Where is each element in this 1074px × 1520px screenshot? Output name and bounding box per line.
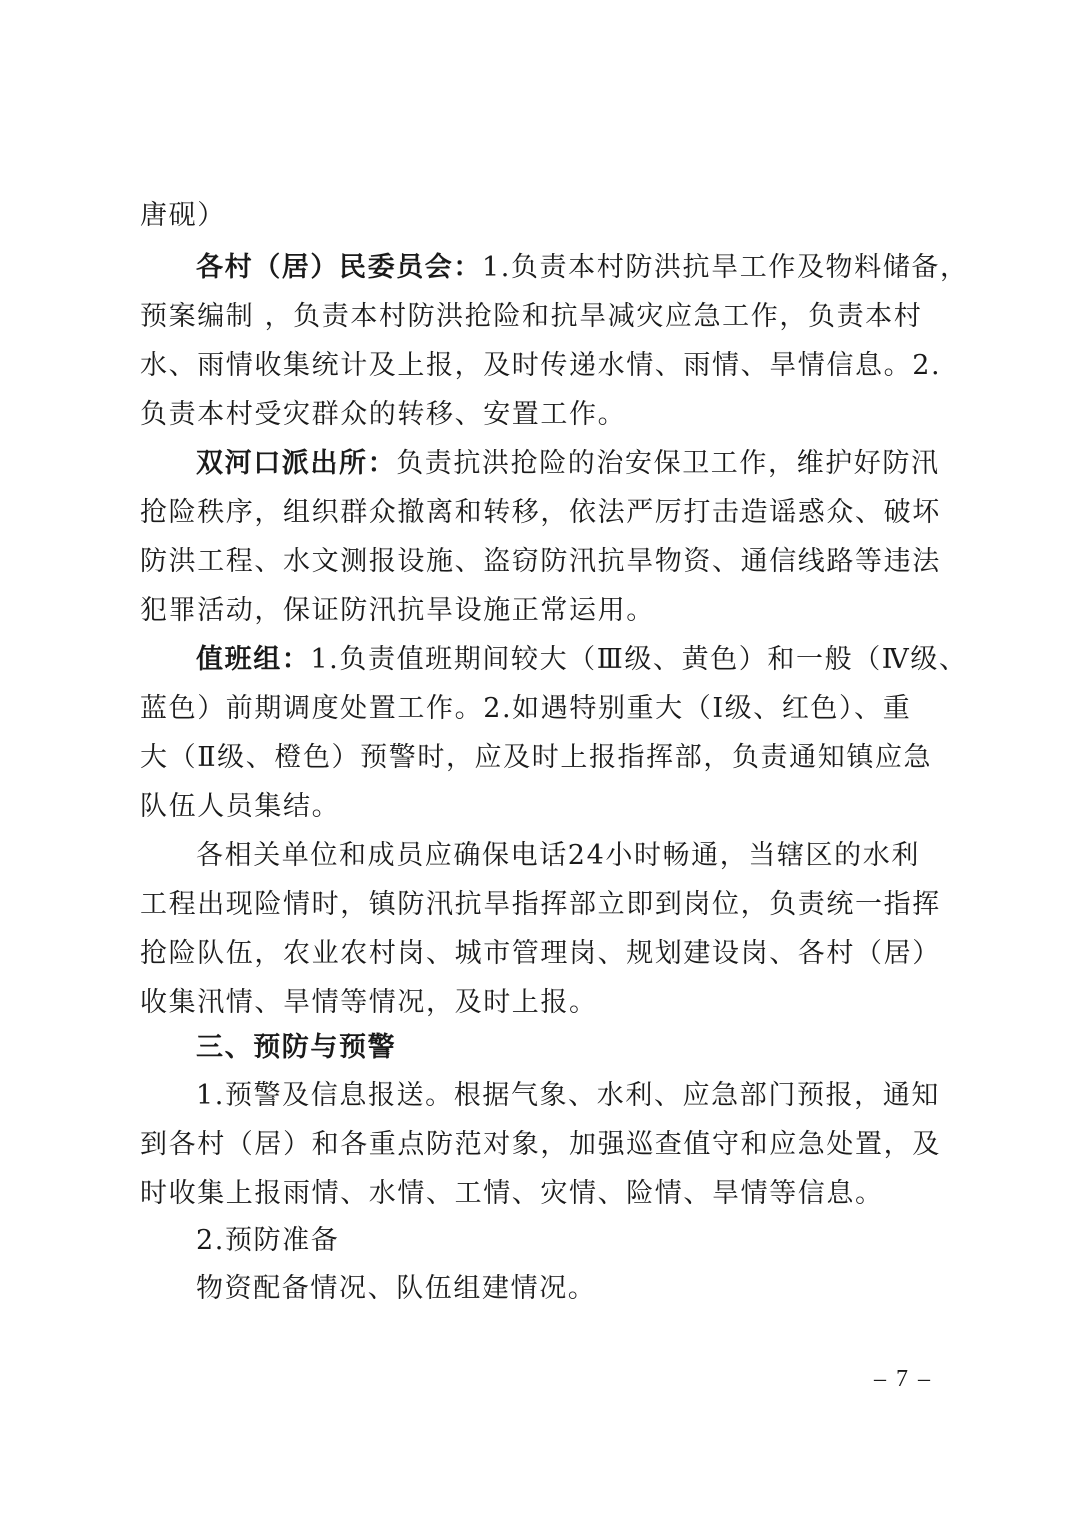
text-line: 物资配备情况、队伍组建情况。 bbox=[196, 1269, 596, 1309]
text-line: 时收集上报雨情、水情、工情、灾情、险情、旱情等信息。 bbox=[140, 1174, 884, 1214]
text-line: 到各村（居）和各重点防范对象，加强巡查值守和应急处置，及 bbox=[140, 1125, 941, 1165]
text-line: 各相关单位和成员应确保电话24小时畅通，当辖区的水利 bbox=[196, 836, 920, 876]
text-line: 1.预警及信息报送。根据气象、水利、应急部门预报，通知 bbox=[196, 1076, 940, 1116]
text-line: 唐砚） bbox=[140, 196, 226, 236]
text-line: 预案编制 ，负责本村防洪抢险和抗旱减灾应急工作，负责本村 bbox=[140, 297, 922, 337]
text-line: 1.负责本村防洪抗旱工作及物料储备， bbox=[482, 252, 969, 283]
section-label: 值班组： bbox=[196, 644, 310, 675]
text-line: 队伍人员集结。 bbox=[140, 787, 340, 827]
text-line: 犯罪活动，保证防汛抗旱设施正常运用。 bbox=[140, 591, 655, 631]
text-line: 大（Ⅱ级、橙色）预警时，应及时上报指挥部，负责通知镇应急 bbox=[140, 738, 932, 778]
text-line: 工程出现险情时，镇防汛抗旱指挥部立即到岗位，负责统一指挥 bbox=[140, 885, 941, 925]
subsection-heading: 2.预防准备 bbox=[196, 1221, 339, 1261]
text-line: 负责本村受灾群众的转移、安置工作。 bbox=[140, 395, 626, 435]
text-line: 水、雨情收集统计及上报，及时传递水情、雨情、旱情信息。2. bbox=[140, 346, 941, 386]
page-number: – 7 – bbox=[874, 1366, 932, 1393]
paragraph-village-committee: 各村（居）民委员会：1.负责本村防洪抗旱工作及物料储备， bbox=[196, 248, 969, 288]
text-line: 收集汛情、旱情等情况，及时上报。 bbox=[140, 983, 598, 1023]
text-line: 1.负责值班期间较大（Ⅲ级、黄色）和一般（Ⅳ级、 bbox=[310, 644, 967, 675]
text-line: 抢险队伍，农业农村岗、城市管理岗、规划建设岗、各村（居） bbox=[140, 934, 941, 974]
text-line: 抢险秩序，组织群众撤离和转移，依法严厉打击造谣惑众、破坏 bbox=[140, 493, 941, 533]
section-label: 各村（居）民委员会： bbox=[196, 252, 482, 283]
section-heading: 三、预防与预警 bbox=[196, 1028, 396, 1068]
text-line: 负责抗洪抢险的治安保卫工作，维护好防汛 bbox=[396, 448, 939, 479]
section-label: 双河口派出所： bbox=[196, 448, 396, 479]
paragraph-police-station: 双河口派出所：负责抗洪抢险的治安保卫工作，维护好防汛 bbox=[196, 444, 940, 484]
paragraph-duty-group: 值班组：1.负责值班期间较大（Ⅲ级、黄色）和一般（Ⅳ级、 bbox=[196, 640, 968, 680]
text-line: 蓝色）前期调度处置工作。2.如遇特别重大（Ⅰ级、红色）、重 bbox=[140, 689, 911, 729]
text-line: 防洪工程、水文测报设施、盗窃防汛抗旱物资、通信线路等违法 bbox=[140, 542, 941, 582]
